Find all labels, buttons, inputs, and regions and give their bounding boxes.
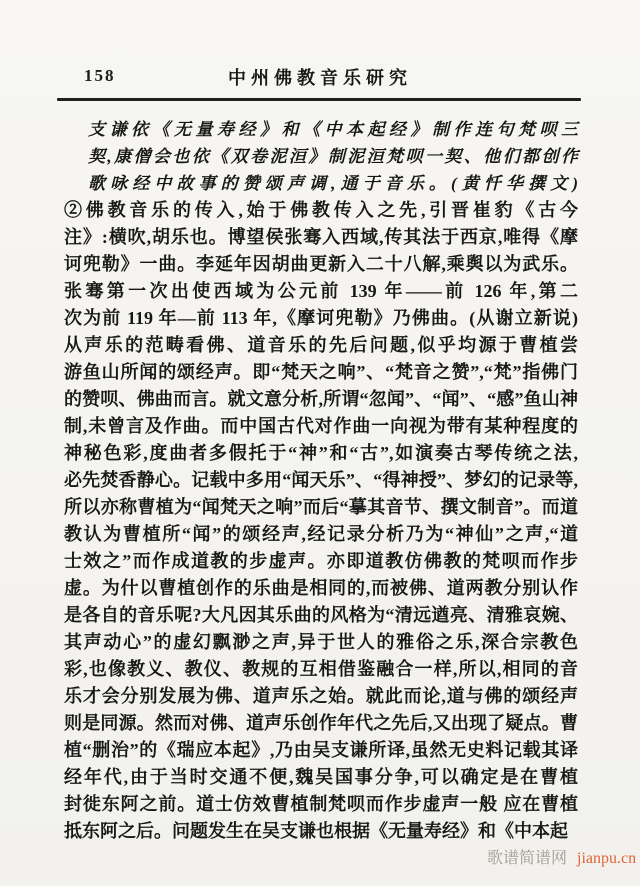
text-line: 教认为曹植所“闻”的颂经声,经记录分析乃为“神仙”之声,“道 <box>64 521 578 548</box>
text-line: 诃兜勒》一曲。李延年因胡曲更新入二十八解,乘舆以为武乐。 <box>64 251 578 278</box>
text-line: 张骞第一次出使西域为公元前 139 年——前 126 年,第二 <box>64 278 578 305</box>
text-line: 制,未曾言及作曲。而中国古代对作曲一向视为带有某种程度的 <box>64 413 578 440</box>
text-line: 抵东阿之后。问题发生在吴支谦也根据《无量寿经》和《中本起 <box>64 818 578 845</box>
text-line: 乐才会分别发展为佛、道声乐之始。就此而论,道与佛的颂经声 <box>64 683 578 710</box>
header-rule <box>57 98 581 101</box>
text-line: 次为前 119 年—前 113 年,《摩诃兜勒》乃佛曲。(从谢立新说) <box>64 305 578 332</box>
text-line: 是各自的音乐呢?大凡因其乐曲的风格为“清远遒亮、清雅哀婉、 <box>64 602 578 629</box>
paragraph-note-2: ②佛教音乐的传入,始于佛教传入之先,引晋崔豹《古今 注》:横吹,胡乐也。博望侯张… <box>64 197 578 278</box>
watermark: 歌谱简谱网 jianpu.cn <box>487 845 636 868</box>
text-line: 经年代,由于当时交通不便,魏吴国事分争,可以确定是在曹植 <box>64 764 578 791</box>
paragraph-zhangqian-dates: 张骞第一次出使西域为公元前 139 年——前 126 年,第二 次为前 119 … <box>64 278 578 332</box>
text-line: 从声乐的范畴看佛、道音乐的先后问题,似乎均源于曹植尝 <box>64 332 578 359</box>
text-line: 游鱼山所闻的颂经声。即“梵天之响”、“梵音之赞”,“梵”指佛门 <box>64 359 578 386</box>
watermark-url: jianpu.cn <box>577 850 636 867</box>
paragraph-vocal-music-origins: 从声乐的范畴看佛、道音乐的先后问题,似乎均源于曹植尝 游鱼山所闻的颂经声。即“梵… <box>64 332 578 845</box>
text-line: 神秘色彩,度曲者多假托于“神”和“古”,如演奏古琴传统之法, <box>64 440 578 467</box>
text-line: 虚。为什以曹植创作的乐曲是相同的,而被佛、道两教分别认作 <box>64 575 578 602</box>
text-line: 的赞呗、佛曲而言。就文意分析,所谓“忽闻”、“闻”、“感”鱼山神 <box>64 386 578 413</box>
quote-paragraph: 支谦依《无量寿经》和《中本起经》制作连句梵呗三 契,康僧会也依《双卷泥洹》制泥洹… <box>88 116 578 197</box>
text-line: ②佛教音乐的传入,始于佛教传入之先,引晋崔豹《古今 <box>64 197 578 224</box>
text-line: 所以亦称曹植为“闻梵天之响”而后“摹其音节、撰文制音”。而道 <box>64 494 578 521</box>
page-title: 中州佛教音乐研究 <box>0 64 640 90</box>
scanned-book-page: 158 中州佛教音乐研究 支谦依《无量寿经》和《中本起经》制作连句梵呗三 契,康… <box>0 0 640 886</box>
text-line: 歌咏经中故事的赞颂声调,通于音乐。(黄忏华撰文) <box>88 170 578 197</box>
text-line: 士效之”而作成道教的步虚声。亦即道教仿佛教的梵呗而作步 <box>64 548 578 575</box>
text-line: 支谦依《无量寿经》和《中本起经》制作连句梵呗三 <box>88 116 578 143</box>
text-line: 其声动心”的虚幻飘渺之声,异于世人的雅俗之乐,深合宗教色 <box>64 629 578 656</box>
text-line: 封徙东阿之前。道士仿效曹植制梵呗而作步虚声一般 应在曹植 <box>64 791 578 818</box>
page-body-text: 支谦依《无量寿经》和《中本起经》制作连句梵呗三 契,康僧会也依《双卷泥洹》制泥洹… <box>64 116 578 845</box>
watermark-site-name: 歌谱简谱网 <box>487 850 567 867</box>
text-line: 植“删治”的《瑞应本起》,乃由吴支谦所译,虽然无史料记载其译 <box>64 737 578 764</box>
text-line: 契,康僧会也依《双卷泥洹》制泥洹梵呗一契、他们都创作 <box>88 143 578 170</box>
text-line: 则是同源。然而对佛、道声乐创作年代之先后,又出现了疑点。曹 <box>64 710 578 737</box>
text-line: 注》:横吹,胡乐也。博望侯张骞入西域,传其法于西京,唯得《摩 <box>64 224 578 251</box>
text-line: 彩,也像教义、教仪、教规的互相借鉴融合一样,所以,相同的音 <box>64 656 578 683</box>
text-line: 必先焚香静心。记载中多用“闻天乐”、“得神授”、梦幻的记录等, <box>64 467 578 494</box>
